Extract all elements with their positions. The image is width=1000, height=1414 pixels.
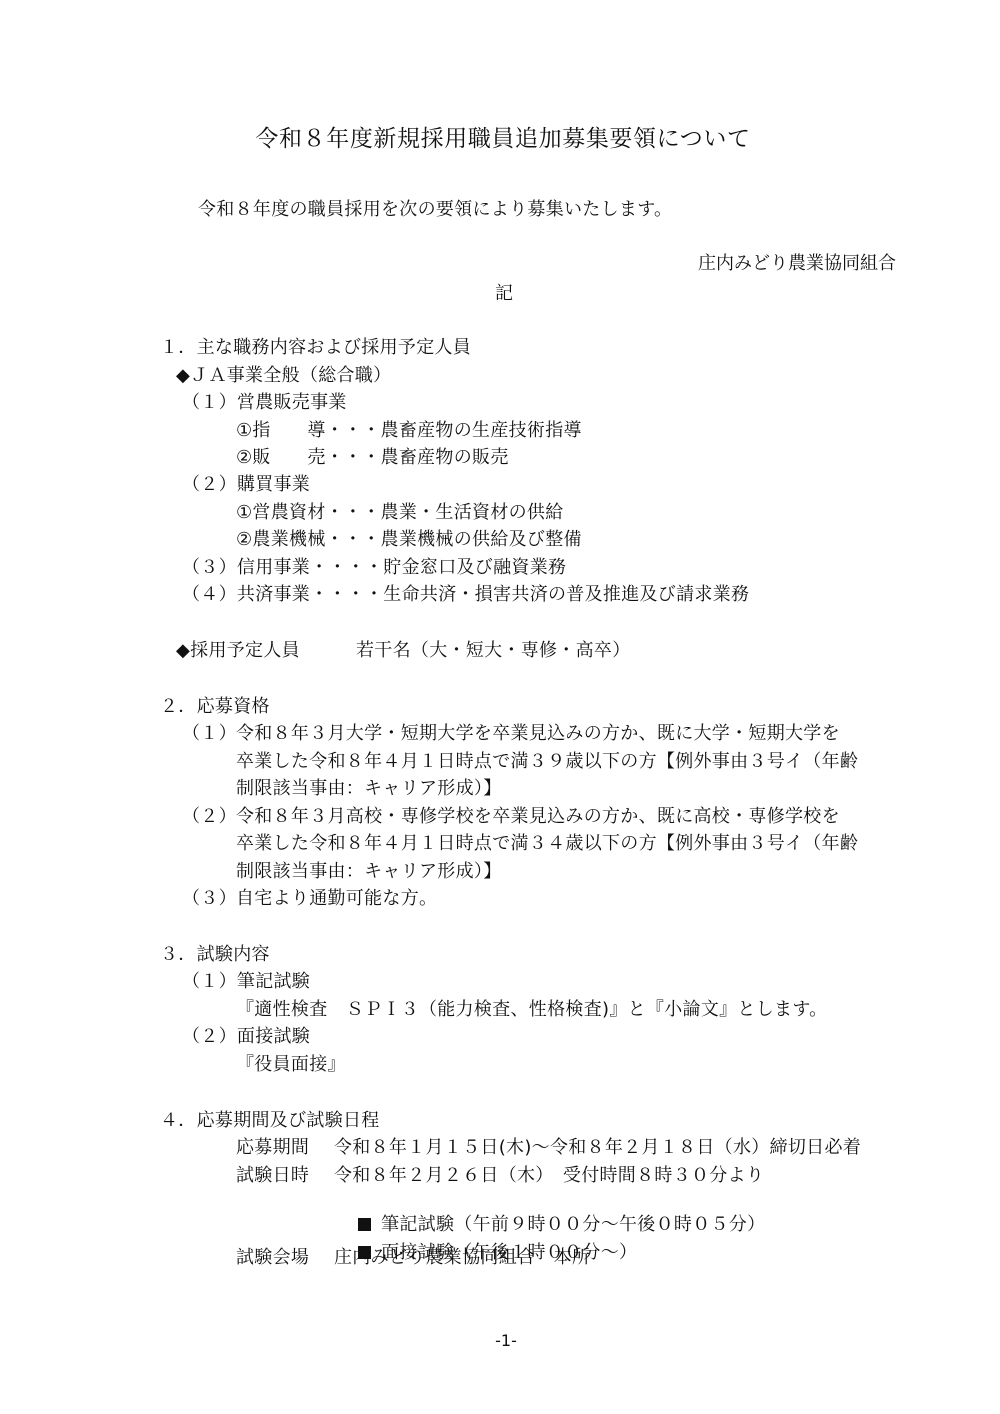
document-page: 令和８年度新規採用職員追加募集要領について 令和８年度の職員採用を次の要領により… xyxy=(0,0,1000,1414)
qualification-line: 令和８年３月高校・専修学校を卒業見込みの方か、既に高校・専修学校を xyxy=(236,806,840,828)
exam-type-detail: 『役員面接』 xyxy=(236,1054,346,1076)
section2-heading: ２．応募資格 xyxy=(160,696,270,718)
section1-item: （３）信用事業・・・・貯金窓口及び融資業務 xyxy=(182,557,566,579)
venue-label: 試験会場 xyxy=(236,1247,309,1269)
qualification-marker: （３） xyxy=(182,888,237,910)
document-title: 令和８年度新規採用職員追加募集要領について xyxy=(0,124,1000,154)
hiring-count-value: 若干名（大・短大・専修・高卒） xyxy=(356,640,631,662)
section1-subitem: ①営農資材・・・農業・生活資材の供給 xyxy=(236,502,564,524)
exam-type-label: （２）面接試験 xyxy=(182,1026,310,1048)
section3-heading: ３．試験内容 xyxy=(160,944,270,966)
qualification-line: 令和８年３月大学・短期大学を卒業見込みの方か、既に大学・短期大学を xyxy=(236,723,840,745)
qualification-line: 自宅より通勤可能な方。 xyxy=(236,888,437,910)
section1-item: （１）営農販売事業 xyxy=(182,392,347,414)
qualification-line: 制限該当事由：キャリア形成）】 xyxy=(236,778,502,800)
qualification-line: 制限該当事由：キャリア形成）】 xyxy=(236,861,502,883)
application-period-label: 応募期間 xyxy=(236,1137,309,1159)
exam-type-label: （１）筆記試験 xyxy=(182,971,310,993)
qualification-marker: （１） xyxy=(182,723,237,745)
section1-subitem: ①指 導・・・農畜産物の生産技術指導 xyxy=(236,420,582,442)
section1-item: （２）購買事業 xyxy=(182,474,310,496)
organization-name: 庄内みどり農業協同組合 xyxy=(698,253,896,275)
intro-text: 令和８年度の職員採用を次の要領により募集いたします。 xyxy=(198,199,672,221)
qualification-line: 卒業した令和８年４月１日時点で満３９歳以下の方【例外事由３号イ（年齢 xyxy=(236,751,858,773)
section4-heading: ４．応募期間及び試験日程 xyxy=(160,1110,380,1132)
page-number: -1- xyxy=(0,1331,1000,1351)
section1-subitem: ②販 売・・・農畜産物の販売 xyxy=(236,447,509,469)
exam-datetime-label: 試験日時 xyxy=(236,1165,309,1187)
exam-type-detail: 『適性検査 ＳＰＩ３（能力検査、性格検査)』と『小論文』とします。 xyxy=(236,999,827,1021)
section1-item: （４）共済事業・・・・生命共済・損害共済の普及推進及び請求業務 xyxy=(182,584,749,606)
exam-datetime-value: 令和８年２月２６日（木） 受付時間８時３０分より xyxy=(334,1165,764,1187)
application-period-value: 令和８年１月１５日(木)～令和８年２月１８日（水）締切日必着 xyxy=(334,1137,861,1159)
ki-marker: 記 xyxy=(0,283,1000,305)
qualification-marker: （２） xyxy=(182,806,237,828)
section1-heading: １．主な職務内容および採用予定人員 xyxy=(160,337,471,359)
section1-category: ◆ＪＡ事業全般（総合職） xyxy=(176,365,391,387)
qualification-line: 卒業した令和８年４月１日時点で満３４歳以下の方【例外事由３号イ（年齢 xyxy=(236,833,858,855)
venue-value: 庄内みどり農業協同組合 本所 xyxy=(334,1247,590,1269)
hiring-count-label: ◆採用予定人員 xyxy=(176,640,300,662)
section1-subitem: ②農業機械・・・農業機械の供給及び整備 xyxy=(236,529,582,551)
